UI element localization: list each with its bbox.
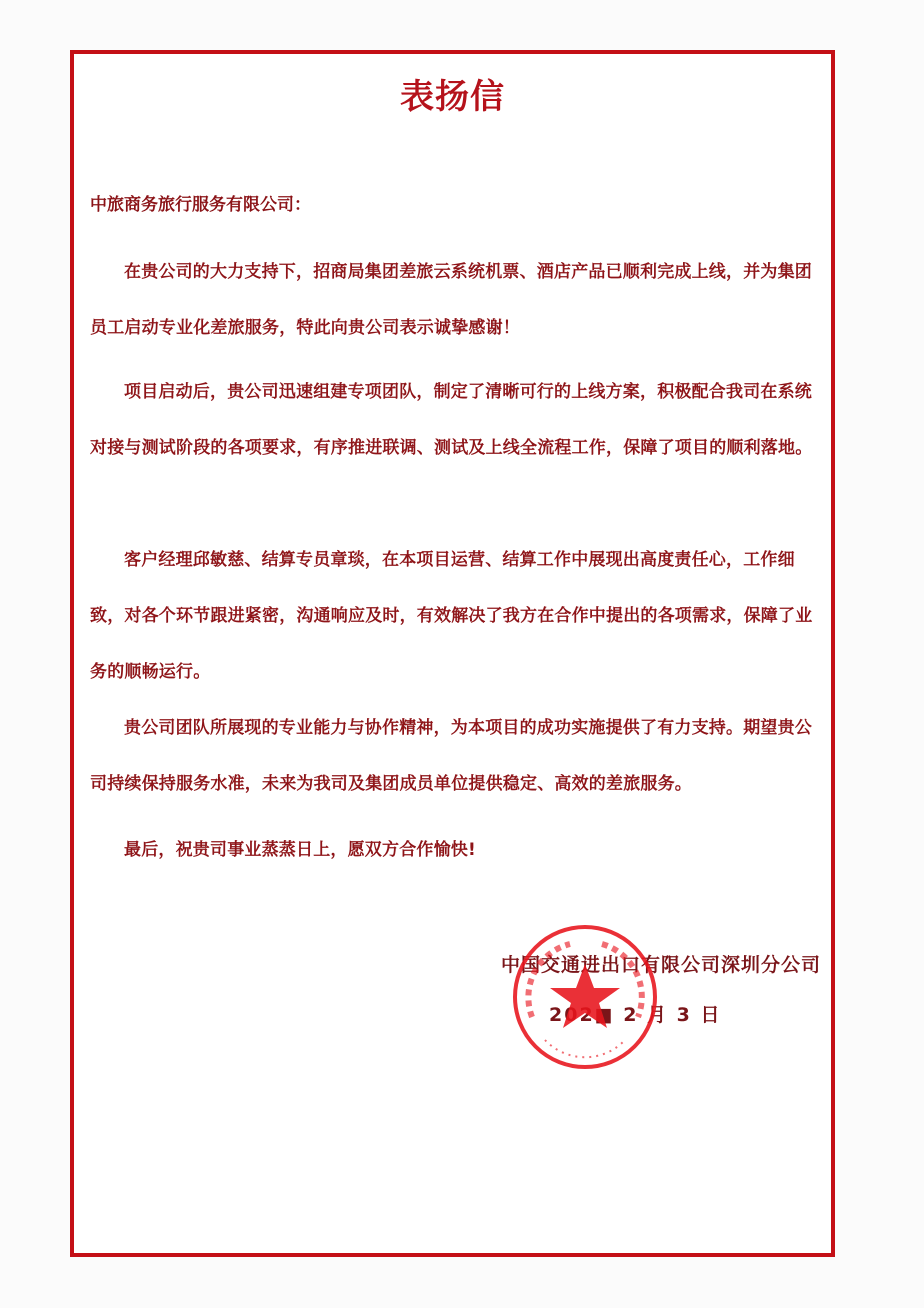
signature-date: 202■ 2 月 3 日 <box>549 1000 722 1027</box>
paragraph-3: 客户经理邱敏慈、结算专员章琰，在本项目运营、结算工作中展现出高度责任心，工作细致… <box>90 532 814 700</box>
closing-paragraph: 最后，祝贵司事业蒸蒸日上，愿双方合作愉快! <box>90 822 814 878</box>
paragraph-4: 贵公司团队所展现的专业能力与协作精神，为本项目的成功实施提供了有力支持。期望贵公… <box>90 700 814 812</box>
letter-title: 表扬信 <box>74 69 831 118</box>
red-star-seal-icon <box>510 922 660 1072</box>
signature-company: 中国交通进出口有限公司深圳分公司 <box>501 950 821 977</box>
letter-frame: 表扬信 中旅商务旅行服务有限公司： 在贵公司的大力支持下，招商局集团差旅云系统机… <box>70 50 835 1257</box>
salutation: 中旅商务旅行服务有限公司： <box>90 190 311 215</box>
paragraph-1: 在贵公司的大力支持下，招商局集团差旅云系统机票、酒店产品已顺利完成上线，并为集团… <box>90 244 814 356</box>
paragraph-2: 项目启动后，贵公司迅速组建专项团队，制定了清晰可行的上线方案，积极配合我司在系统… <box>90 364 814 476</box>
